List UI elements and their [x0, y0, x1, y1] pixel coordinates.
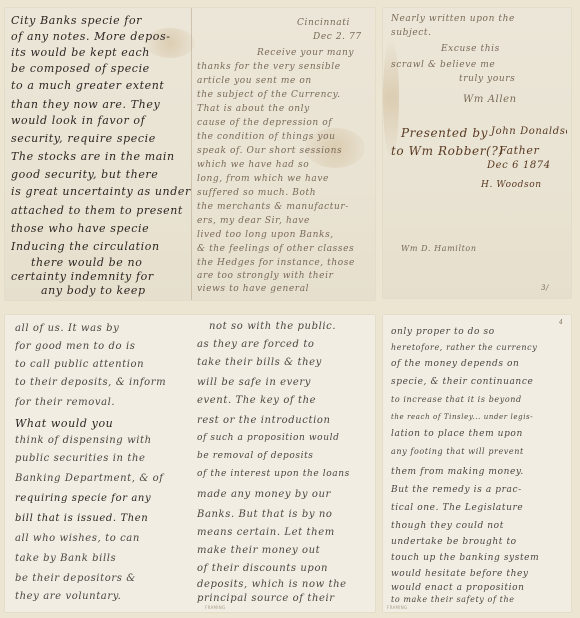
- handwriting-line: of the money depends on: [391, 359, 567, 369]
- handwriting-line: event. The key of the: [197, 395, 373, 406]
- handwriting-line: Banks. But that is by no: [197, 509, 373, 520]
- handwriting-line: undertake be brought to: [391, 537, 567, 547]
- handwriting-line: touch up the banking system: [391, 553, 567, 563]
- handwriting-line: only proper to do so: [391, 327, 567, 337]
- handwriting-line: be composed of specie: [11, 62, 191, 75]
- handwriting-line: certainty indemnity for: [11, 270, 191, 283]
- handwriting-line: the reach of Tinsley... under legis-: [391, 413, 567, 421]
- handwriting-line: make their money out: [197, 545, 373, 556]
- handwriting-line: they are voluntary.: [15, 591, 195, 602]
- handwriting-line: any footing that will prevent: [391, 447, 567, 456]
- handwriting-line: speak of. Our short sessions: [197, 146, 373, 156]
- handwriting-line: to increase that it is beyond: [391, 395, 567, 404]
- handwriting-line: them from making money.: [391, 467, 567, 477]
- handwriting-line: & the feelings of other classes: [197, 244, 373, 254]
- handwriting-line: all of us. It was by: [15, 323, 195, 334]
- letter-sheet-bottom-left: all of us. It was by for good men to do …: [5, 315, 375, 612]
- handwriting-line: to their deposits, & inform: [15, 377, 195, 388]
- handwriting-line: those who have specie: [11, 222, 191, 235]
- handwriting-line: to call public attention: [15, 359, 195, 370]
- handwriting-line: all who wishes, to can: [15, 533, 195, 544]
- corner-mark: 3/: [541, 284, 567, 292]
- handwriting-line: security, require specie: [11, 132, 191, 145]
- handwriting-line: take their bills & they: [197, 357, 373, 368]
- handwriting-line: of such a proposition would: [197, 433, 373, 443]
- letter-page-2: Cincinnati Dec 2. 77 Receive your many t…: [197, 8, 373, 300]
- handwriting-line: lived too long upon Banks,: [197, 230, 373, 240]
- handwriting-line: to a much greater extent: [11, 79, 191, 92]
- letter-place: Cincinnati: [297, 18, 373, 28]
- framing-stamp: FRAMING: [387, 605, 407, 610]
- handwriting-line: good security, but there: [11, 168, 191, 181]
- handwriting-line: any body to keep: [11, 284, 191, 297]
- endorsement-signature: H. Woodson: [481, 180, 567, 190]
- handwriting-line: principal source of their: [197, 593, 373, 604]
- handwriting-line: cause of the depression of: [197, 118, 373, 128]
- handwriting-line: subject.: [391, 28, 567, 38]
- handwriting-line: But the remedy is a prac-: [391, 485, 567, 495]
- handwriting-line: to make their safety of the: [391, 595, 567, 604]
- handwriting-line: are too strongly with their: [197, 271, 373, 281]
- letter-date: Dec 2. 77: [313, 32, 373, 42]
- handwriting-line: What would you: [15, 417, 195, 430]
- handwriting-line: as they are forced to: [197, 339, 373, 350]
- handwriting-line: long, from which we have: [197, 174, 373, 184]
- handwriting-line: deposits, which is now the: [197, 579, 373, 590]
- handwriting-line: be their depositors &: [15, 573, 195, 584]
- handwriting-line: views to have general: [197, 284, 373, 294]
- handwriting-line: of the interest upon the loans: [197, 469, 373, 479]
- handwriting-line: though they could not: [391, 521, 567, 531]
- endorsement-signature: Father: [499, 144, 567, 157]
- handwriting-line: The stocks are in the main: [11, 150, 191, 163]
- handwriting-line: tical one. The Legislature: [391, 503, 567, 513]
- handwriting-line: would enact a proposition: [391, 583, 567, 593]
- handwriting-line: Nearly written upon the: [391, 14, 567, 24]
- handwriting-line: would hesitate before they: [391, 569, 567, 579]
- handwriting-line: the condition of things you: [197, 132, 373, 142]
- handwriting-line: the subject of the Currency.: [197, 90, 373, 100]
- handwriting-line: City Banks specie for: [11, 14, 191, 27]
- handwriting-line: attached to them to present: [11, 204, 191, 217]
- handwriting-line: its would be kept each: [11, 46, 191, 59]
- signature: Wm Allen: [463, 94, 567, 105]
- handwriting-line: means certain. Let them: [197, 527, 373, 538]
- addressee: Wm D. Hamilton: [401, 244, 567, 253]
- handwriting-line: specie, & their continuance: [391, 377, 567, 387]
- letter-sheet-top-right: Nearly written upon the subject. Excuse …: [383, 8, 571, 298]
- handwriting-line: than they now are. They: [11, 98, 191, 111]
- handwriting-line: public securities in the: [15, 453, 195, 464]
- handwriting-line: the Hedges for instance, those: [197, 258, 373, 268]
- handwriting-line: of their discounts upon: [197, 563, 373, 574]
- letter-column-2: not so with the public. as they are forc…: [197, 315, 373, 612]
- letter-sheet-bottom-right: 4 only proper to do so heretofore, rathe…: [383, 315, 571, 612]
- handwriting-line: Receive your many: [257, 48, 373, 58]
- letter-page-3: Nearly written upon the subject. Excuse …: [391, 8, 567, 298]
- handwriting-line: will be safe in every: [197, 377, 373, 388]
- handwriting-line: scrawl & believe me: [391, 60, 567, 70]
- handwriting-line: the merchants & manufactur-: [197, 202, 373, 212]
- handwriting-line: thanks for the very sensible: [197, 62, 373, 72]
- handwriting-line: think of dispensing with: [15, 435, 195, 446]
- handwriting-line: Banking Department, & of: [15, 473, 195, 484]
- endorsement-signature: John Donaldson: [491, 126, 567, 137]
- handwriting-line: made any money by our: [197, 489, 373, 500]
- handwriting-line: for their removal.: [15, 397, 195, 408]
- handwriting-line: article you sent me on: [197, 76, 373, 86]
- handwriting-line: of any notes. More depos-: [11, 30, 191, 43]
- handwriting-line: for good men to do is: [15, 341, 195, 352]
- letter-page-5: only proper to do so heretofore, rather …: [391, 315, 567, 612]
- handwriting-line: requiring specie for any: [15, 493, 195, 504]
- handwriting-line: would look in favor of: [11, 114, 191, 127]
- handwriting-line: which we have had so: [197, 160, 373, 170]
- handwriting-line: there would be no: [11, 256, 191, 269]
- handwriting-line: is great uncertainty as under: [11, 185, 191, 198]
- handwriting-line: truly yours: [459, 74, 567, 84]
- framing-stamp: FRAMING: [205, 605, 225, 610]
- page-fold: [191, 8, 192, 300]
- handwriting-line: heretofore, rather the currency: [391, 343, 567, 352]
- handwriting-line: lation to place them upon: [391, 429, 567, 439]
- handwriting-line: That is about the only: [197, 104, 373, 114]
- handwriting-line: bill that is issued. Then: [15, 513, 195, 524]
- letter-page-1: City Banks specie for of any notes. More…: [11, 8, 191, 300]
- handwriting-line: Inducing the circulation: [11, 240, 191, 253]
- handwriting-line: not so with the public.: [209, 321, 373, 332]
- handwriting-line: ers, my dear Sir, have: [197, 216, 373, 226]
- handwriting-line: suffered so much. Both: [197, 188, 373, 198]
- endorsement-date: Dec 6 1874: [487, 160, 567, 171]
- handwriting-line: be removal of deposits: [197, 451, 373, 461]
- handwriting-line: Excuse this: [441, 44, 567, 54]
- handwriting-line: rest or the introduction: [197, 415, 373, 426]
- letter-sheet-top-left: City Banks specie for of any notes. More…: [5, 8, 375, 300]
- letter-column-1: all of us. It was by for good men to do …: [15, 315, 195, 612]
- handwriting-line: take by Bank bills: [15, 553, 195, 564]
